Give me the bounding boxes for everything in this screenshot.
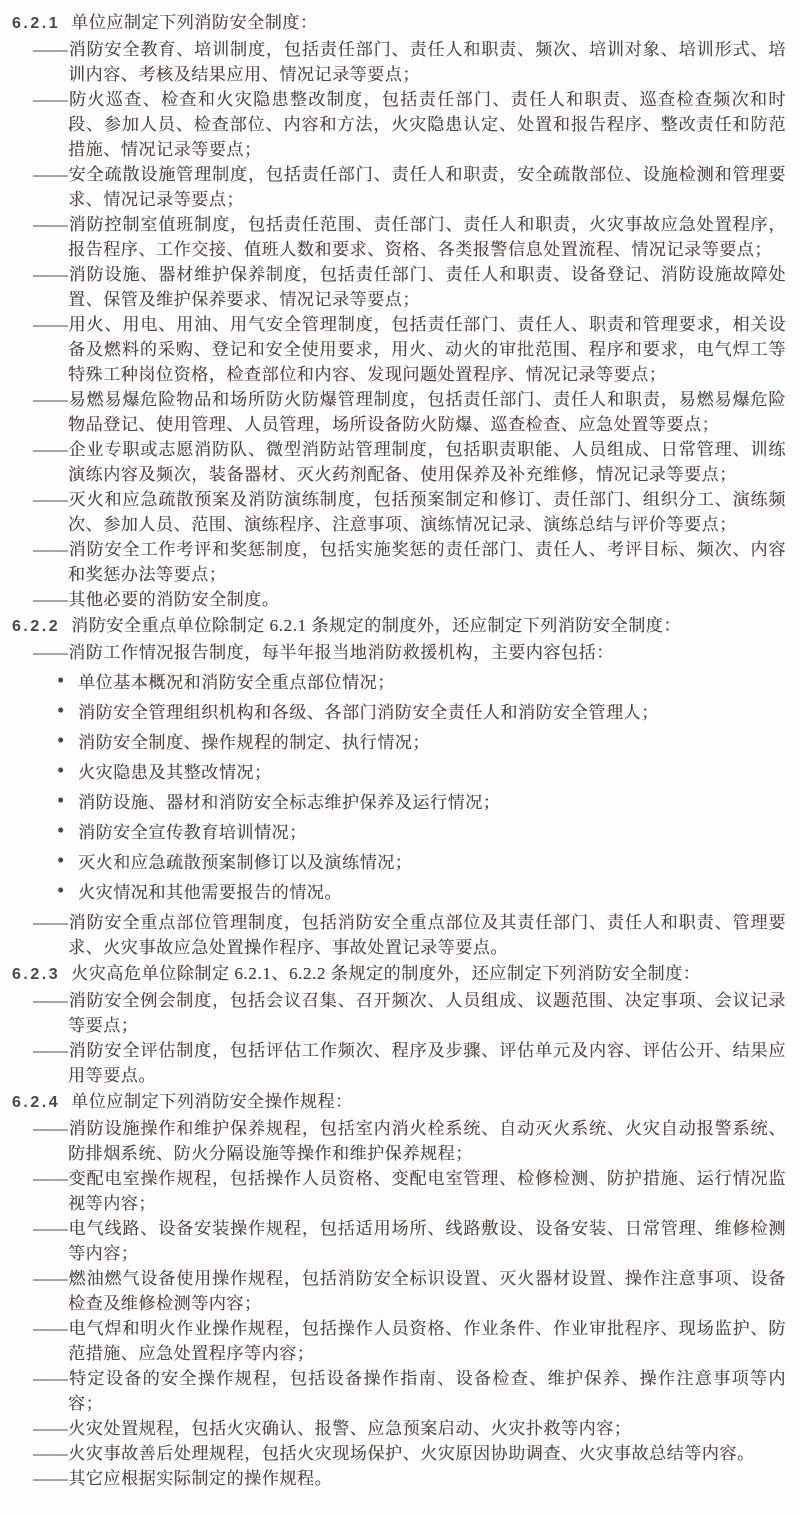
bullet-dot: •: [57, 878, 65, 903]
item-text: 消防设施、器材和消防安全标志维护保养及运行情况；: [78, 793, 500, 812]
item-text: 安全疏散设施管理制度，包括责任部门、责任人和职责，安全疏散部位、设施检测和管理要…: [68, 165, 786, 209]
section-6-2-1: 6.2.1单位应制定下列消防安全制度： ——消防安全教育、培训制度，包括责任部门…: [12, 10, 786, 612]
item-text: 消防安全重点部位管理制度，包括消防安全重点部位及其责任部门、责任人和职责、管理要…: [68, 913, 786, 957]
bullet-list-item: •灭火和应急疏散预案制修订以及演练情况；: [12, 850, 786, 875]
list-item: ——企业专职或志愿消防队、微型消防站管理制度，包括职责职能、人员组成、日常管理、…: [12, 437, 786, 487]
list-item: ——其他必要的消防安全制度。: [12, 587, 786, 612]
item-text: 消防安全制度、操作规程的制定、执行情况；: [78, 733, 430, 752]
item-text: 消防设施、器材维护保养制度，包括责任部门、责任人和职责、设备登记、消防设施故障处…: [68, 265, 786, 309]
dash-marker: ——: [33, 1041, 68, 1060]
dash-marker: ——: [33, 40, 68, 59]
item-text: 火灾处置规程，包括火灾确认、报警、应急预案启动、火灾扑救等内容；: [68, 1419, 631, 1438]
list-item: ——消防安全例会制度，包括会议召集、召开频次、人员组成、议题范围、决定事项、会议…: [12, 988, 786, 1038]
dash-marker: ——: [33, 1444, 68, 1463]
dash-marker: ——: [33, 913, 68, 932]
item-text: 消防控制室值班制度，包括责任范围、责任部门、责任人和职责，火灾事故应急处置程序，…: [68, 215, 786, 259]
section-title: 火灾高危单位除制定 6.2.1、6.2.2 条规定的制度外，还应制定下列消防安全…: [71, 964, 700, 983]
bullet-dot: •: [57, 758, 65, 783]
dash-marker: ——: [33, 991, 68, 1010]
dash-marker: ——: [33, 165, 68, 184]
dash-marker: ——: [33, 90, 68, 109]
item-text: 防火巡查、检查和火灾隐患整改制度，包括责任部门、责任人和职责、巡查检查频次和时段…: [68, 90, 786, 159]
item-text: 电气焊和明火作业操作规程，包括操作人员资格、作业条件、作业审批程序、现场监护、防…: [68, 1319, 786, 1363]
item-text: 灭火和应急疏散预案及消防演练制度，包括预案制定和修订、责任部门、组织分工、演练频…: [68, 490, 786, 534]
section-heading: 6.2.4单位应制定下列消防安全操作规程：: [12, 1089, 786, 1115]
dash-marker: ——: [33, 1119, 68, 1138]
list-item: ——消防设施、器材维护保养制度，包括责任部门、责任人和职责、设备登记、消防设施故…: [12, 262, 786, 312]
bullet-dot: •: [57, 848, 65, 873]
list-item: ——电气线路、设备安装操作规程，包括适用场所、线路敷设、设备安装、日常管理、维修…: [12, 1216, 786, 1266]
section-heading: 6.2.2消防安全重点单位除制定 6.2.1 条规定的制度外，还应制定下列消防安…: [12, 613, 786, 639]
section-heading: 6.2.1单位应制定下列消防安全制度：: [12, 10, 786, 36]
section-6-2-4: 6.2.4单位应制定下列消防安全操作规程： ——消防设施操作和维护保养规程，包括…: [12, 1089, 786, 1491]
item-text: 消防安全工作考评和奖惩制度，包括实施奖惩的责任部门、责任人、考评目标、频次、内容…: [68, 540, 786, 584]
item-text: 灭火和应急疏散预案制修订以及演练情况；: [78, 853, 412, 872]
item-text: 用火、用电、用油、用气安全管理制度，包括责任部门、责任人、职责和管理要求，相关设…: [68, 315, 786, 384]
list-item: ——防火巡查、检查和火灾隐患整改制度，包括责任部门、责任人和职责、巡查检查频次和…: [12, 87, 786, 162]
item-text: 特定设备的安全操作规程，包括设备操作指南、设备检查、维护保养、操作注意事项等内容…: [68, 1369, 786, 1413]
item-text: 企业专职或志愿消防队、微型消防站管理制度，包括职责职能、人员组成、日常管理、训练…: [68, 440, 786, 484]
bullet-list-item: •单位基本概况和消防安全重点部位情况；: [12, 670, 786, 695]
section-6-2-2: 6.2.2消防安全重点单位除制定 6.2.1 条规定的制度外，还应制定下列消防安…: [12, 613, 786, 960]
item-text: 其他必要的消防安全制度。: [68, 590, 279, 609]
list-item: ——消防设施操作和维护保养规程，包括室内消火栓系统、自动灭火系统、火灾自动报警系…: [12, 1116, 786, 1166]
dash-marker: ——: [33, 540, 68, 559]
item-text: 火灾事故善后处理规程，包括火灾现场保护、火灾原因协助调查、火灾事故总结等内容。: [68, 1444, 754, 1463]
list-item: ——消防安全重点部位管理制度，包括消防安全重点部位及其责任部门、责任人和职责、管…: [12, 910, 786, 960]
bullet-list-item: •消防设施、器材和消防安全标志维护保养及运行情况；: [12, 790, 786, 815]
section-number: 6.2.1: [12, 11, 60, 36]
bullet-dot: •: [57, 668, 65, 693]
item-text: 消防工作情况报告制度，每半年报当地消防救援机构，主要内容包括：: [68, 643, 614, 662]
list-item: ——消防控制室值班制度，包括责任范围、责任部门、责任人和职责，火灾事故应急处置程…: [12, 212, 786, 262]
section-number: 6.2.3: [12, 962, 60, 987]
section-6-2-3: 6.2.3火灾高危单位除制定 6.2.1、6.2.2 条规定的制度外，还应制定下…: [12, 961, 786, 1088]
dash-marker: ——: [33, 390, 68, 409]
dash-marker: ——: [33, 590, 68, 609]
list-item: ——消防工作情况报告制度，每半年报当地消防救援机构，主要内容包括：: [12, 640, 786, 665]
bullet-dot: •: [57, 788, 65, 813]
dash-marker: ——: [33, 1469, 68, 1488]
dash-marker: ——: [33, 1169, 68, 1188]
list-item: ——火灾事故善后处理规程，包括火灾现场保护、火灾原因协助调查、火灾事故总结等内容…: [12, 1441, 786, 1466]
list-item: ——易燃易爆危险物品和场所防火防爆管理制度，包括责任部门、责任人和职责，易燃易爆…: [12, 387, 786, 437]
bullet-list-item: •消防安全管理组织机构和各级、各部门消防安全责任人和消防安全管理人；: [12, 700, 786, 725]
dash-marker: ——: [33, 1269, 68, 1288]
bullet-list-item: •消防安全宣传教育培训情况；: [12, 820, 786, 845]
dash-marker: ——: [33, 643, 68, 662]
document-page: 6.2.1单位应制定下列消防安全制度： ——消防安全教育、培训制度，包括责任部门…: [0, 0, 800, 1515]
item-text: 消防安全教育、培训制度，包括责任部门、责任人和职责、频次、培训对象、培训形式、培…: [68, 40, 786, 84]
item-text: 消防安全评估制度，包括评估工作频次、程序及步骤、评估单元及内容、评估公开、结果应…: [68, 1041, 786, 1085]
dash-marker: ——: [33, 265, 68, 284]
item-text: 燃油燃气设备使用操作规程，包括消防安全标识设置、灭火器材设置、操作注意事项、设备…: [68, 1269, 786, 1313]
list-item: ——灭火和应急疏散预案及消防演练制度，包括预案制定和修订、责任部门、组织分工、演…: [12, 487, 786, 537]
list-item: ——其它应根据实际制定的操作规程。: [12, 1466, 786, 1491]
list-item: ——安全疏散设施管理制度，包括责任部门、责任人和职责，安全疏散部位、设施检测和管…: [12, 162, 786, 212]
dash-marker: ——: [33, 1219, 68, 1238]
section-title: 单位应制定下列消防安全操作规程：: [71, 1092, 353, 1111]
item-text: 消防安全管理组织机构和各级、各部门消防安全责任人和消防安全管理人；: [78, 703, 659, 722]
item-text: 消防安全宣传教育培训情况；: [78, 823, 307, 842]
item-text: 易燃易爆危险物品和场所防火防爆管理制度，包括责任部门、责任人和职责，易燃易爆危险…: [68, 390, 786, 434]
list-item: ——消防安全评估制度，包括评估工作频次、程序及步骤、评估单元及内容、评估公开、结…: [12, 1038, 786, 1088]
section-number: 6.2.2: [12, 614, 60, 639]
dash-marker: ——: [33, 315, 68, 334]
dash-marker: ——: [33, 490, 68, 509]
list-item: ——消防安全教育、培训制度，包括责任部门、责任人和职责、频次、培训对象、培训形式…: [12, 37, 786, 87]
item-text: 变配电室操作规程，包括操作人员资格、变配电室管理、检修检测、防护措施、运行情况监…: [68, 1169, 786, 1213]
list-item: ——特定设备的安全操作规程，包括设备操作指南、设备检查、维护保养、操作注意事项等…: [12, 1366, 786, 1416]
list-item: ——用火、用电、用油、用气安全管理制度，包括责任部门、责任人、职责和管理要求，相…: [12, 312, 786, 387]
bullet-dot: •: [57, 698, 65, 723]
section-title: 消防安全重点单位除制定 6.2.1 条规定的制度外，还应制定下列消防安全制度：: [71, 616, 681, 635]
list-item: ——火灾处置规程，包括火灾确认、报警、应急预案启动、火灾扑救等内容；: [12, 1416, 786, 1441]
dash-marker: ——: [33, 215, 68, 234]
item-text: 单位基本概况和消防安全重点部位情况；: [78, 673, 395, 692]
list-item: ——燃油燃气设备使用操作规程，包括消防安全标识设置、灭火器材设置、操作注意事项、…: [12, 1266, 786, 1316]
bullet-dot: •: [57, 818, 65, 843]
item-text: 火灾情况和其他需要报告的情况。: [78, 883, 342, 902]
item-text: 消防安全例会制度，包括会议召集、召开频次、人员组成、议题范围、决定事项、会议记录…: [68, 991, 786, 1035]
section-number: 6.2.4: [12, 1090, 60, 1115]
section-heading: 6.2.3火灾高危单位除制定 6.2.1、6.2.2 条规定的制度外，还应制定下…: [12, 961, 786, 987]
bullet-list-item: •消防安全制度、操作规程的制定、执行情况；: [12, 730, 786, 755]
bullet-dot: •: [57, 728, 65, 753]
bullet-list-item: •火灾隐患及其整改情况；: [12, 760, 786, 785]
item-text: 其它应根据实际制定的操作规程。: [68, 1469, 332, 1488]
dash-marker: ——: [33, 1419, 68, 1438]
item-text: 火灾隐患及其整改情况；: [78, 763, 272, 782]
list-item: ——变配电室操作规程，包括操作人员资格、变配电室管理、检修检测、防护措施、运行情…: [12, 1166, 786, 1216]
bullet-list-item: •火灾情况和其他需要报告的情况。: [12, 880, 786, 905]
section-title: 单位应制定下列消防安全制度：: [71, 13, 317, 32]
list-item: ——消防安全工作考评和奖惩制度，包括实施奖惩的责任部门、责任人、考评目标、频次、…: [12, 537, 786, 587]
item-text: 电气线路、设备安装操作规程，包括适用场所、线路敷设、设备安装、日常管理、维修检测…: [68, 1219, 786, 1263]
dash-marker: ——: [33, 1319, 68, 1338]
dash-marker: ——: [33, 440, 68, 459]
dash-marker: ——: [33, 1369, 68, 1388]
item-text: 消防设施操作和维护保养规程，包括室内消火栓系统、自动灭火系统、火灾自动报警系统、…: [68, 1119, 786, 1163]
list-item: ——电气焊和明火作业操作规程，包括操作人员资格、作业条件、作业审批程序、现场监护…: [12, 1316, 786, 1366]
